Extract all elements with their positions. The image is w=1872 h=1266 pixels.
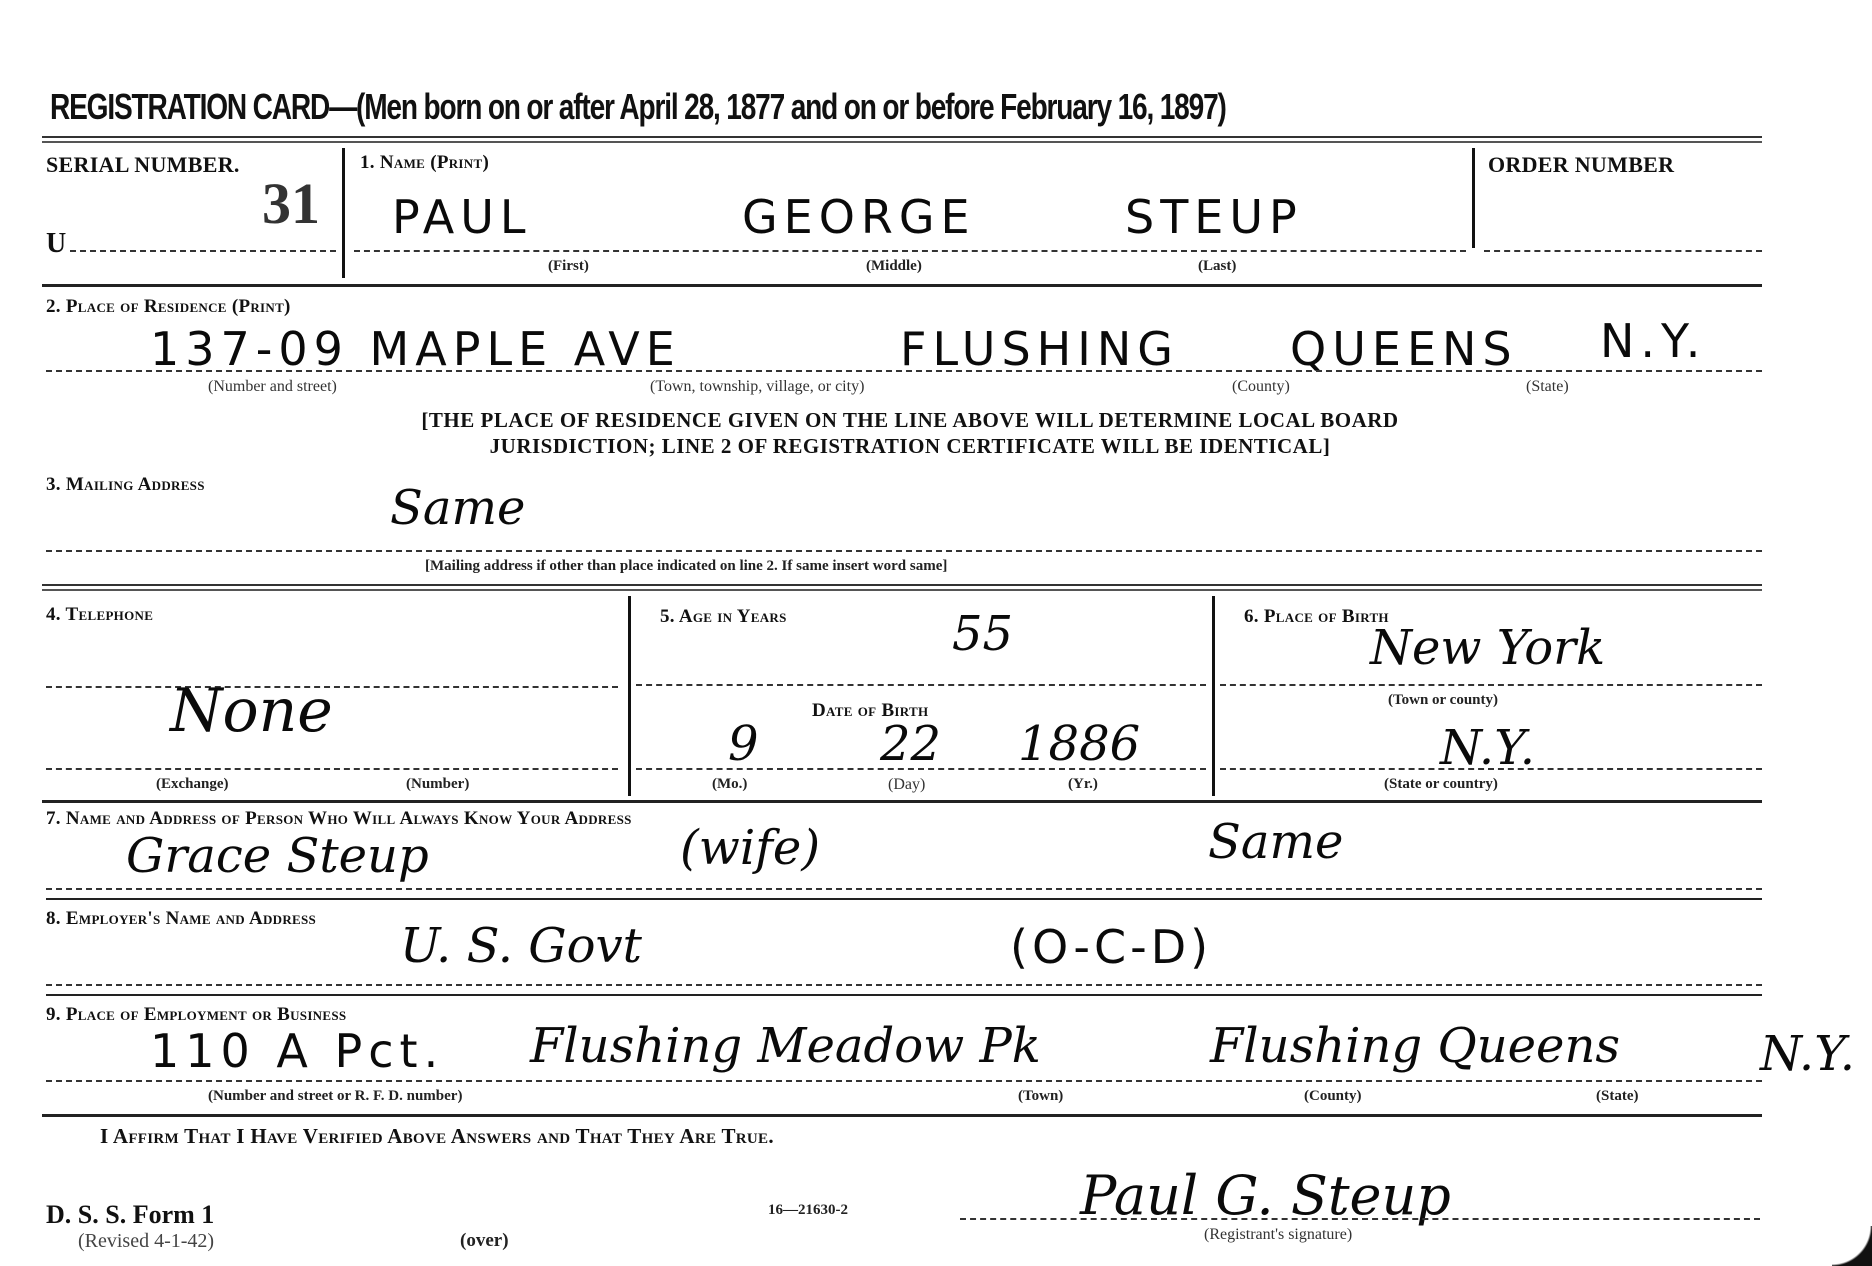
birthplace-state-line: [1220, 768, 1762, 770]
residence-line: [46, 370, 1762, 372]
employment-county: Flushing Queens: [1210, 1018, 1620, 1074]
divider: [1472, 148, 1475, 248]
over-note: (over): [460, 1230, 509, 1252]
signature-caption: (Registrant's signature): [1204, 1226, 1352, 1244]
section-rule: [42, 800, 1762, 803]
birthplace-label: 6. Place of Birth: [1244, 606, 1389, 628]
name-middle-caption: (Middle): [866, 258, 922, 275]
dob-day: 22: [880, 716, 941, 772]
dob-line: [636, 768, 1206, 770]
serial-prefix: U: [46, 228, 67, 260]
dob-day-caption: (Day): [888, 776, 925, 794]
name-first: PAUL: [392, 190, 532, 244]
residence-label: 2. Place of Residence (Print): [46, 296, 291, 318]
telephone-value: None: [170, 676, 333, 746]
employer-agency: (O-C-D): [1010, 920, 1212, 974]
residence-notice-line1: [THE PLACE OF RESIDENCE GIVEN ON THE LIN…: [0, 408, 1820, 433]
residence-state: N.Y.: [1600, 314, 1706, 368]
telephone-line2: [46, 768, 618, 770]
form-revised: (Revised 4-1-42): [78, 1230, 214, 1253]
order-number-line: [1484, 250, 1762, 252]
card-corner: [1832, 1226, 1872, 1266]
employer-label: 8. Employer's Name and Address: [46, 908, 316, 930]
employment-town-caption: (Town): [1018, 1088, 1063, 1105]
employment-place-label: 9. Place of Employment or Business: [46, 1004, 346, 1026]
name-middle: GEORGE: [742, 190, 976, 244]
contact-line: [46, 888, 1762, 890]
residence-street-caption: (Number and street): [208, 378, 337, 396]
telephone-exchange-caption: (Exchange): [156, 776, 229, 793]
age-value: 55: [952, 606, 1013, 662]
name-last: STEUP: [1125, 190, 1303, 244]
birthplace-state-caption: (State or country): [1384, 776, 1498, 793]
section-rule: [42, 584, 1762, 591]
section-rule: [46, 994, 1762, 996]
employment-line: [46, 1080, 1762, 1082]
section-rule: [42, 1114, 1762, 1117]
signature-line: [960, 1218, 1760, 1220]
section-rule: [46, 898, 1762, 900]
residence-town-caption: (Town, township, village, or city): [650, 378, 864, 396]
form-number: D. S. S. Form 1: [46, 1200, 214, 1230]
dob-month-caption: (Mo.): [712, 776, 747, 793]
residence-county: QUEENS: [1290, 322, 1518, 376]
serial-number-value: 31: [262, 170, 320, 237]
card-title: REGISTRATION CARD—(Men born on or after …: [50, 86, 1226, 128]
contact-person-name: Grace Steup: [126, 828, 429, 884]
name-line: [354, 250, 1466, 252]
divider: [342, 148, 345, 278]
mailing-address-value: Same: [390, 480, 525, 536]
name-label: 1. Name (Print): [360, 152, 489, 174]
employment-street-caption: (Number and street or R. F. D. number): [208, 1088, 462, 1105]
residence-state-caption: (State): [1526, 378, 1569, 396]
residence-town: FLUSHING: [900, 322, 1179, 376]
residence-street: 137-09 MAPLE AVE: [150, 322, 681, 376]
birthplace-town-caption: (Town or county): [1388, 692, 1498, 709]
birthplace-line: [1220, 684, 1762, 686]
section-rule: [42, 284, 1762, 287]
serial-line: [70, 250, 336, 252]
title-rule: [42, 136, 1762, 143]
residence-notice-line2: JURISDICTION; LINE 2 OF REGISTRATION CER…: [0, 434, 1820, 459]
age-label: 5. Age in Years: [660, 606, 787, 628]
telephone-label: 4. Telephone: [46, 604, 153, 626]
name-first-caption: (First): [548, 258, 589, 275]
mailing-address-caption: [Mailing address if other than place ind…: [425, 558, 947, 575]
contact-person-label: 7. Name and Address of Person Who Will A…: [46, 808, 632, 830]
serial-number-label: SERIAL NUMBER.: [46, 152, 240, 178]
contact-person-address: Same: [1208, 814, 1343, 870]
name-last-caption: (Last): [1198, 258, 1236, 275]
mailing-address-label: 3. Mailing Address: [46, 474, 205, 496]
mailing-line: [46, 550, 1762, 552]
age-line: [636, 684, 1206, 686]
employment-street: 110 A Pct.: [150, 1024, 444, 1078]
employment-state-caption: (State): [1596, 1088, 1638, 1105]
dob-month: 9: [728, 716, 759, 772]
employer-name: U. S. Govt: [400, 918, 642, 974]
residence-county-caption: (County): [1232, 378, 1290, 396]
order-number-label: ORDER NUMBER: [1488, 152, 1674, 178]
print-code: 16—21630-2: [768, 1202, 848, 1219]
affirmation-text: I Affirm That I Have Verified Above Answ…: [100, 1124, 774, 1149]
birthplace-town: New York: [1370, 620, 1605, 676]
employment-state: N.Y.: [1760, 1026, 1855, 1082]
divider: [628, 596, 631, 796]
employer-line: [46, 984, 1762, 986]
employment-town: Flushing Meadow Pk: [530, 1018, 1041, 1074]
telephone-number-caption: (Number): [406, 776, 469, 793]
dob-year: 1886: [1018, 716, 1140, 772]
dob-year-caption: (Yr.): [1068, 776, 1098, 793]
contact-person-relation: (wife): [680, 820, 820, 876]
divider: [1212, 596, 1215, 796]
employment-county-caption: (County): [1304, 1088, 1362, 1105]
